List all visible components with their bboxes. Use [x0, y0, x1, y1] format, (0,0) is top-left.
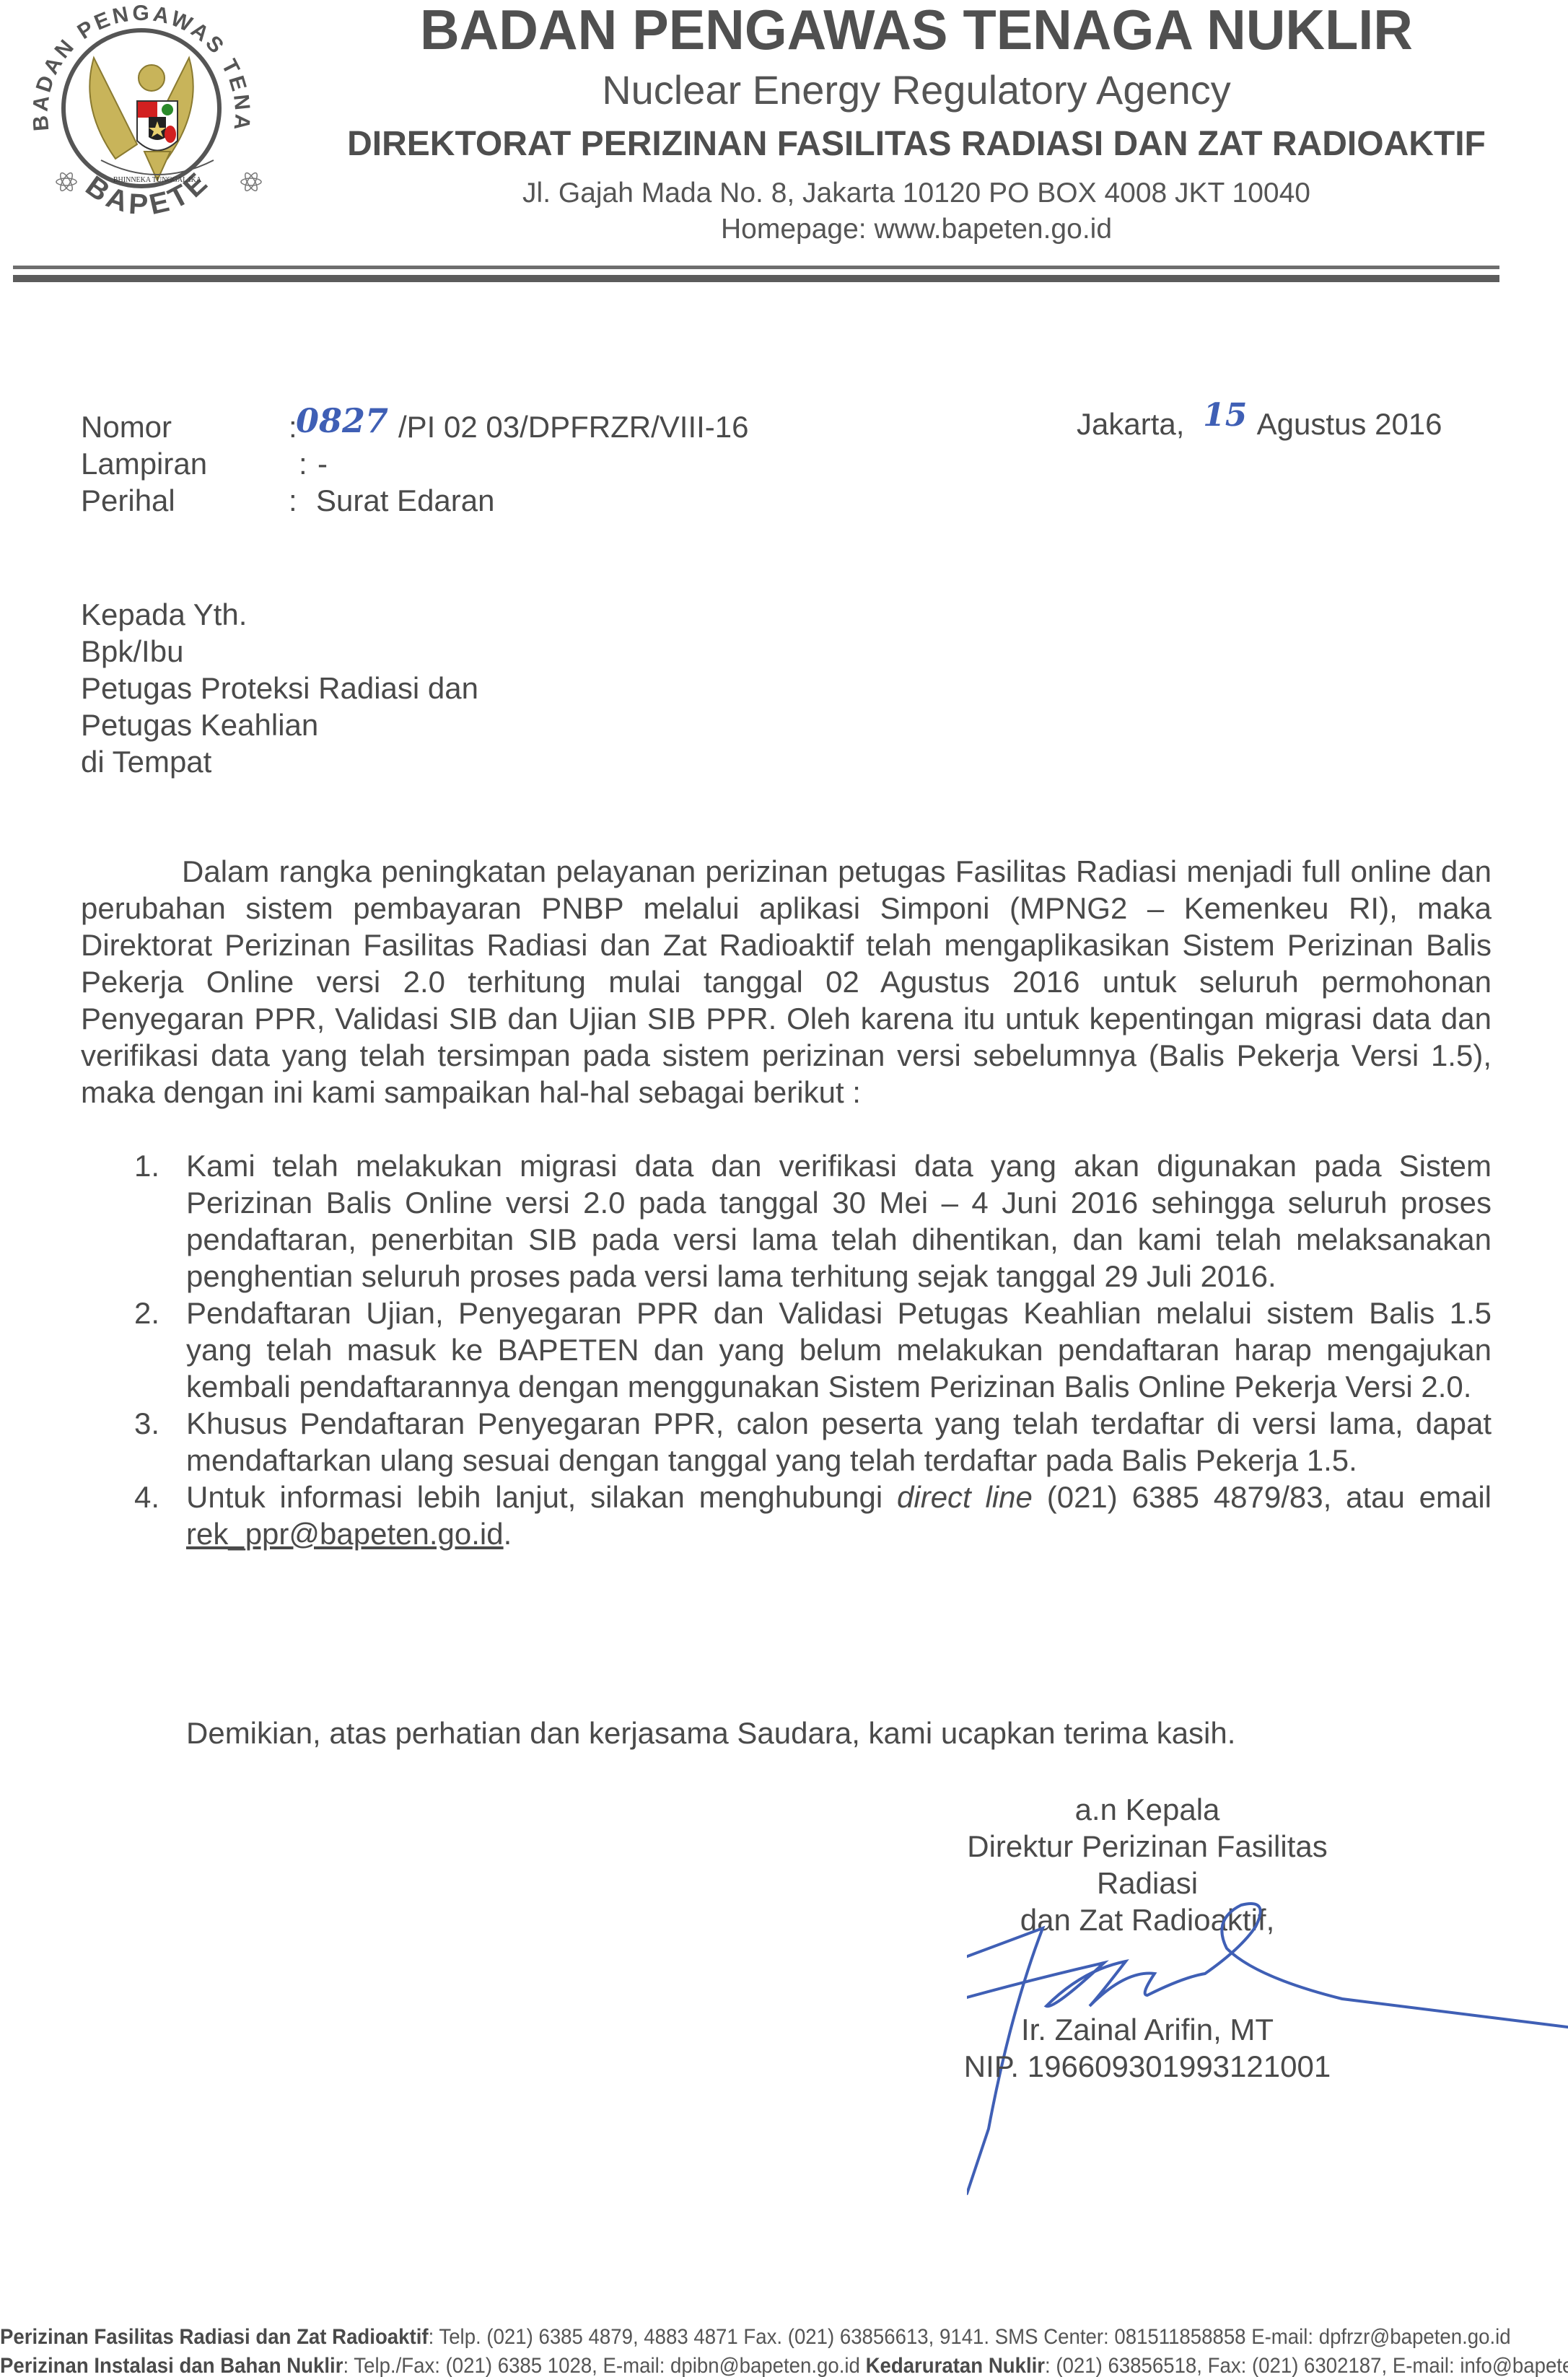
lampiran-label: Lampiran [81, 447, 207, 481]
svg-text:BHINNEKA TUNGGAL IKA: BHINNEKA TUNGGAL IKA [113, 176, 202, 184]
agency-address: Jl. Gajah Mada No. 8, Jakarta 10120 PO B… [303, 178, 1530, 209]
signatory-name: Ir. Zainal Arifin, MT [938, 2011, 1357, 2048]
directorate-name: DIREKTORAT PERIZINAN FASILITAS RADIASI D… [303, 124, 1530, 164]
lampiran-colon: : [299, 447, 307, 481]
footer-line-1: Perizinan Fasilitas Radiasi dan Zat Radi… [0, 2325, 1442, 2350]
perihal-label: Perihal [81, 483, 175, 518]
footer-line-2: Perizinan Instalasi dan Bahan Nuklir: Te… [0, 2354, 1442, 2377]
list-item: 4.Untuk informasi lebih lanjut, silakan … [81, 1479, 1492, 1552]
recipient-block: Kepada Yth. Bpk/Ibu Petugas Proteksi Rad… [81, 596, 478, 780]
points-list: 1.Kami telah melakukan migrasi data dan … [81, 1147, 1492, 1552]
nomor-label: Nomor [81, 410, 172, 445]
letter-date: Jakarta, 15 Agustus 2016 [1077, 406, 1442, 442]
intro-paragraph: Dalam rangka peningkatan pelayanan periz… [81, 853, 1492, 1111]
agency-title: BADAN PENGAWAS TENAGA NUKLIR [322, 0, 1512, 63]
nomor-value: /PI 02 03/DPFRZR/VIII-16 [398, 410, 749, 445]
lampiran-value: - [317, 447, 328, 481]
list-item: 3.Khusus Pendaftaran Penyegaran PPR, cal… [81, 1405, 1492, 1479]
letterhead-rule-thin [13, 266, 1499, 269]
recipient-line: di Tempat [81, 743, 478, 780]
date-day-handwritten: 15 [1203, 397, 1247, 434]
agency-subtitle: Nuclear Energy Regulatory Agency [303, 66, 1530, 113]
bapeten-logo: BADAN PENGAWAS TENAGA NUKLIR BAPETEN BHI… [7, 0, 276, 238]
recipient-line: Bpk/Ibu [81, 633, 478, 670]
closing-text: Demikian, atas perhatian dan kerjasama S… [186, 1716, 1235, 1751]
recipient-line: Petugas Proteksi Radiasi dan [81, 670, 478, 706]
list-item: 1.Kami telah melakukan migrasi data dan … [81, 1147, 1492, 1295]
signatory-nip: NIP. 196609301993121001 [938, 2048, 1357, 2085]
perihal-value: Surat Edaran [316, 483, 495, 518]
list-item: 2.Pendaftaran Ujian, Penyegaran PPR dan … [81, 1295, 1492, 1405]
perihal-colon: : [289, 483, 297, 518]
letterhead-rule-thick [13, 275, 1499, 282]
nomor-handwritten: 0827 [296, 401, 388, 440]
contact-email-link[interactable]: rek_ppr@bapeten.go.id [186, 1517, 504, 1551]
recipient-line: Kepada Yth. [81, 596, 478, 633]
agency-homepage: Homepage: www.bapeten.go.id [303, 214, 1530, 245]
recipient-line: Petugas Keahlian [81, 706, 478, 743]
